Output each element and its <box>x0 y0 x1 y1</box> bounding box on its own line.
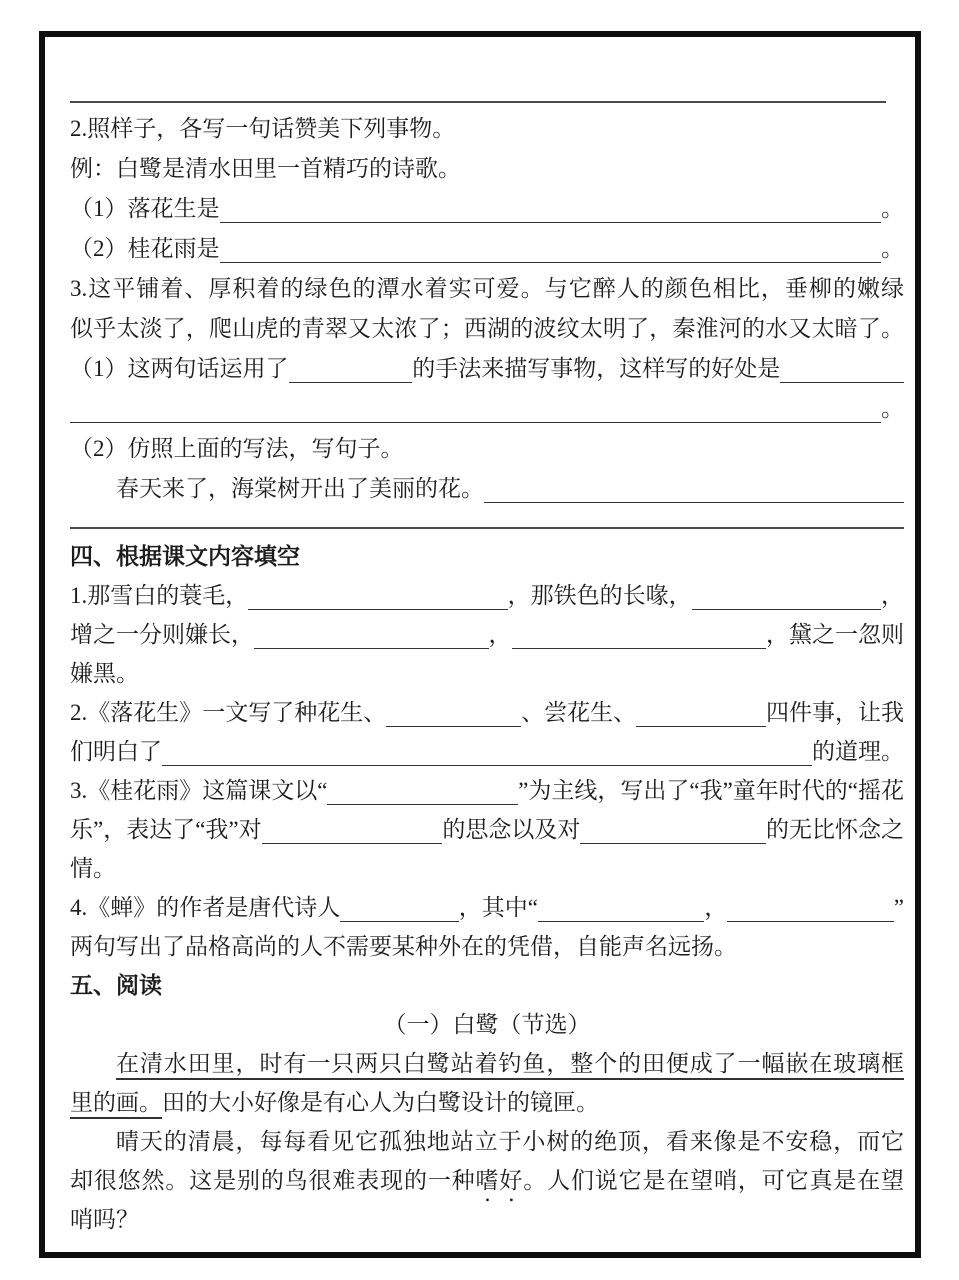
passage-text: 却很悠然。这是别的鸟很难表现的一种 <box>70 1168 476 1193</box>
period-mark: 。 <box>881 389 904 429</box>
passage-p2-line-1: 晴天的清晨，每每看见它孤独地站立于小树的绝顶，看来像是不安稳，而它 <box>70 1122 904 1161</box>
s4-q1-line-3: 嫌黑。 <box>70 654 904 693</box>
q3-sub2-label: （2）仿照上面的写法，写句子。 <box>70 429 404 469</box>
q3-sub1-label: （1）这两句话运用了 <box>70 349 289 389</box>
period-mark: 。 <box>881 229 904 269</box>
fill-in-blank <box>254 615 489 649</box>
s4-q4-close-quote: ” <box>894 888 904 927</box>
q2-item-2-line: （2）桂花雨是 。 <box>70 229 904 269</box>
passage-p1-line-2: 里的画。田的大小好像是有心人为白鹭设计的镜匣。 <box>70 1083 904 1122</box>
fill-in-blank <box>220 229 882 263</box>
section-4-5-block: 四、根据课文内容填空 1.那雪白的蓑毛， ，那铁色的长喙， ， 增之一分则嫌长，… <box>70 537 904 1239</box>
fill-in-blank <box>340 888 458 922</box>
fill-in-blank <box>512 615 767 649</box>
passage-p2-line-2: 却很悠然。这是别的鸟很难表现的一种嗜好。人们说它是在望哨，可它真是在望 <box>70 1161 904 1200</box>
comma-mark: ， <box>489 615 512 654</box>
fill-in-blank <box>780 349 904 383</box>
fill-in-blank <box>580 810 766 844</box>
s4-q3-line-2: 乐”，表达了“我”对 的思念以及对 的无比怀念之 <box>70 810 904 849</box>
fill-in-blank <box>692 576 881 610</box>
fill-in-blank <box>538 888 704 922</box>
s4-q1-text-a: 1.那雪白的蓑毛， <box>70 576 248 615</box>
q3-sub2-answer-line: 春天来了，海棠树开出了美丽的花。 <box>70 469 904 509</box>
q2-example-text: 例：白鹭是清水田里一首精巧的诗歌。 <box>70 149 461 189</box>
s4-q3-text-d: 的思念以及对 <box>442 810 580 849</box>
comma-mark: ， <box>704 888 727 927</box>
q2-item-2-label: （2）桂花雨是 <box>70 229 220 269</box>
s4-q2-text-b: 、尝花生、 <box>521 693 636 732</box>
section-4-divider <box>70 527 904 529</box>
s4-q3-line-1: 3.《桂花雨》这篇课文以“ ”为主线，写出了“我”童年时代的“摇花 <box>70 771 904 810</box>
s4-q4-text-d: 两句写出了品格高尚的人不需要某种外在的凭借，自能声名远扬。 <box>70 927 737 966</box>
q2-item-1-line: （1）落花生是 。 <box>70 189 904 229</box>
top-section-divider <box>70 101 886 103</box>
passage-text: 。人们说它是在望哨，可它真是在望 <box>523 1168 904 1193</box>
q3-text-1: 3.这平铺着、厚积着的绿色的潭水着实可爱。与它醉人的颜色相比，垂柳的嫩绿 <box>70 276 904 301</box>
fill-in-blank <box>70 389 881 423</box>
fill-in-blank <box>636 693 766 727</box>
s4-q1-text-d: ，黛之一忽则 <box>766 615 904 654</box>
s4-q3-text-c: 乐”，表达了“我”对 <box>70 810 262 849</box>
passage-title: （一）白鹭（节选） <box>384 1005 591 1044</box>
fill-in-blank <box>484 469 904 503</box>
section-3-block: 2.照样子，各写一句话赞美下列事物。 例：白鹭是清水田里一首精巧的诗歌。 （1）… <box>70 109 904 509</box>
q3-text-line-2: 似乎太淡了，爬山虎的青翠又太浓了；西湖的波纹太明了，秦淮河的水又太暗了。 <box>70 309 904 349</box>
s4-q2-text-c: 四件事，让我 <box>766 693 904 732</box>
section-5-heading: 五、阅读 <box>70 966 162 1005</box>
s4-q2-text-e: 的道理。 <box>812 732 904 771</box>
q3-sub1-mid-text: 的手法来描写事物，这样写的好处是 <box>412 349 780 389</box>
s4-q4-text-a: 4.《蝉》的作者是唐代诗人 <box>70 888 340 927</box>
passage-text: 田的大小好像是有心人为白鹭设计的镜匣。 <box>162 1090 599 1115</box>
s4-q4-text-b: ，其中“ <box>459 888 538 927</box>
s4-q1-line-1: 1.那雪白的蓑毛， ，那铁色的长喙， ， <box>70 576 904 615</box>
s4-q1-text-e: 嫌黑。 <box>70 654 139 693</box>
fill-in-blank <box>162 732 812 766</box>
q3-sub1-answer-line: 。 <box>70 389 904 429</box>
s4-q2-line-1: 2.《落花生》一文写了种花生、 、尝花生、 四件事，让我 <box>70 693 904 732</box>
s4-q2-line-2: 们明白了 的道理。 <box>70 732 904 771</box>
s4-q3-text-a: 3.《桂花雨》这篇课文以“ <box>70 771 327 810</box>
fill-in-blank <box>727 888 893 922</box>
period-mark: 。 <box>881 189 904 229</box>
q2-example-line: 例：白鹭是清水田里一首精巧的诗歌。 <box>70 149 904 189</box>
q2-intro-line: 2.照样子，各写一句话赞美下列事物。 <box>70 109 904 149</box>
q3-text-line-1: 3.这平铺着、厚积着的绿色的潭水着实可爱。与它醉人的颜色相比，垂柳的嫩绿 <box>70 269 904 309</box>
q2-item-1-label: （1）落花生是 <box>70 189 220 229</box>
comma-mark: ， <box>881 576 904 615</box>
s4-q3-text-b: ”为主线，写出了“我”童年时代的“摇花 <box>518 771 904 810</box>
s4-q3-line-3: 情。 <box>70 849 904 888</box>
s4-q2-text-d: 们明白了 <box>70 732 162 771</box>
s4-q1-text-b: ，那铁色的长喙， <box>508 576 692 615</box>
q3-sub1-line: （1）这两句话运用了 的手法来描写事物，这样写的好处是 <box>70 349 904 389</box>
paragraph-indent <box>70 469 116 509</box>
section-5-heading-line: 五、阅读 <box>70 966 904 1005</box>
s4-q1-line-2: 增之一分则嫌长， ， ，黛之一忽则 <box>70 615 904 654</box>
s4-q4-line-1: 4.《蝉》的作者是唐代诗人 ，其中“ ， ” <box>70 888 904 927</box>
fill-in-blank <box>248 576 507 610</box>
passage-emphasized-word: 嗜好 <box>476 1168 524 1193</box>
q3-text-2: 似乎太淡了，爬山虎的青翠又太浓了；西湖的波纹太明了，秦淮河的水又太暗了。 <box>70 316 904 341</box>
s4-q2-text-a: 2.《落花生》一文写了种花生、 <box>70 693 386 732</box>
fill-in-blank <box>262 810 443 844</box>
passage-text: 哨吗？ <box>70 1207 139 1232</box>
q2-intro-text: 2.照样子，各写一句话赞美下列事物。 <box>70 109 455 149</box>
s4-q3-text-f: 情。 <box>70 849 116 888</box>
passage-title-line: （一）白鹭（节选） <box>70 1005 904 1044</box>
page-frame: 2.照样子，各写一句话赞美下列事物。 例：白鹭是清水田里一首精巧的诗歌。 （1）… <box>39 31 921 1258</box>
fill-in-blank <box>386 693 521 727</box>
worksheet-content: 2.照样子，各写一句话赞美下列事物。 例：白鹭是清水田里一首精巧的诗歌。 （1）… <box>45 37 915 1239</box>
s4-q3-text-e: 的无比怀念之 <box>766 810 904 849</box>
passage-text: 晴天的清晨，每每看见它孤独地站立于小树的绝顶，看来像是不安稳，而它 <box>116 1129 904 1154</box>
q3-sub2-prompt: 春天来了，海棠树开出了美丽的花。 <box>116 469 484 509</box>
section-4-heading-line: 四、根据课文内容填空 <box>70 537 904 576</box>
passage-underlined-text: 在清水田里，时有一只两只白鹭站着钓鱼，整个的田便成了一幅嵌在玻璃框 <box>116 1044 904 1083</box>
s4-q4-line-2: 两句写出了品格高尚的人不需要某种外在的凭借，自能声名远扬。 <box>70 927 904 966</box>
passage-underlined-text: 里的画。 <box>70 1090 162 1115</box>
s4-q1-text-c: 增之一分则嫌长， <box>70 615 254 654</box>
passage-p1-line-1: 在清水田里，时有一只两只白鹭站着钓鱼，整个的田便成了一幅嵌在玻璃框 <box>70 1044 904 1083</box>
fill-in-blank <box>220 189 882 223</box>
fill-in-blank <box>289 349 413 383</box>
q3-sub2-line: （2）仿照上面的写法，写句子。 <box>70 429 904 469</box>
fill-in-blank <box>327 771 518 805</box>
section-4-heading: 四、根据课文内容填空 <box>70 537 300 576</box>
passage-p2-line-3: 哨吗？ <box>70 1200 904 1239</box>
